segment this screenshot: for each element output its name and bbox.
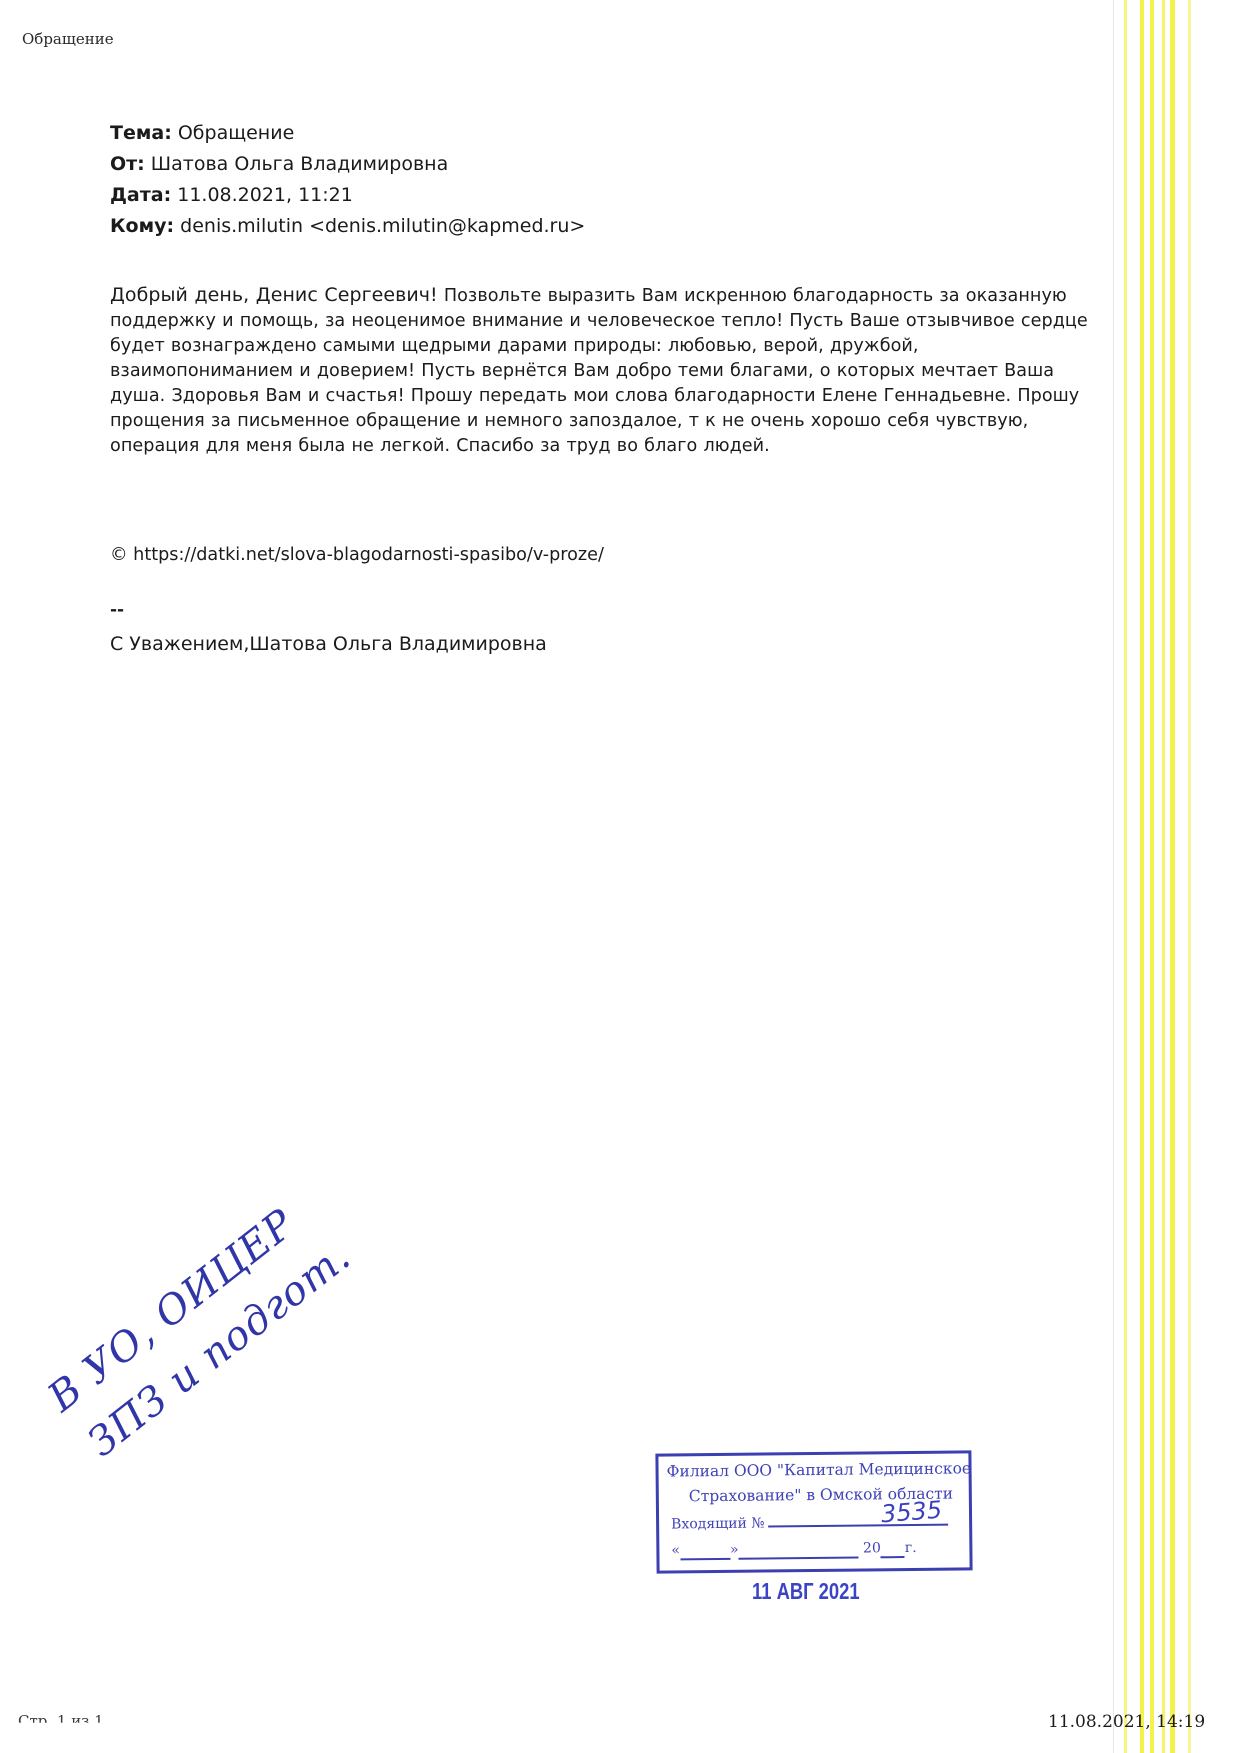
- from-value: Шатова Ольга Владимировна: [145, 153, 448, 175]
- date-label: Дата:: [110, 184, 171, 206]
- body-text: Позвольте выразить Вам искренною благода…: [110, 286, 1088, 456]
- stamp-quote-close: »: [730, 1542, 739, 1558]
- from-label: От:: [110, 153, 145, 175]
- to-row: Кому: denis.milutin <denis.milutin@kapme…: [110, 211, 585, 242]
- to-label: Кому:: [110, 215, 174, 237]
- page-counter: Стр. 1 из 1: [18, 1712, 104, 1730]
- page-header-title: Обращение: [22, 30, 114, 48]
- greeting: Добрый день, Денис Сергеевич!: [110, 284, 438, 306]
- stamp-quote-open: «: [671, 1542, 680, 1558]
- date-value: 11.08.2021, 11:21: [171, 184, 353, 206]
- stamp-date: 11 АВГ 2021: [752, 1578, 860, 1605]
- signature: С Уважением,Шатова Ольга Владимировна: [110, 633, 547, 655]
- subject-label: Тема:: [110, 122, 172, 144]
- date-row: Дата: 11.08.2021, 11:21: [110, 180, 585, 211]
- stamp-year-suffix: г.: [905, 1540, 917, 1556]
- stamp-incoming-label: Входящий №: [671, 1516, 765, 1533]
- source-link[interactable]: © https://datki.net/slova-blagodarnosti-…: [110, 545, 604, 565]
- from-row: От: Шатова Ольга Владимировна: [110, 149, 585, 180]
- signature-separator: --: [110, 600, 124, 620]
- subject-value: Обращение: [172, 122, 294, 144]
- print-timestamp: 11.08.2021, 14:19: [1048, 1712, 1205, 1732]
- handwritten-resolution: В УО, ОИЦЕР ЗПЗ и подгот.: [60, 1260, 420, 1460]
- subject-row: Тема: Обращение: [110, 118, 585, 149]
- incoming-stamp: Филиал ООО "Капитал Медицинское Страхова…: [655, 1450, 972, 1573]
- email-meta: Тема: Обращение От: Шатова Ольга Владими…: [110, 118, 585, 242]
- stamp-incoming-number: 3535: [880, 1496, 943, 1529]
- stamp-date-row: « » 20 г.: [671, 1540, 916, 1561]
- stamp-org-line-1: Филиал ООО "Капитал Медицинское: [666, 1459, 971, 1480]
- to-value: denis.milutin <denis.milutin@kapmed.ru>: [174, 215, 585, 237]
- email-body: Добрый день, Денис Сергеевич! Позвольте …: [110, 283, 1095, 459]
- stamp-year-prefix: 20: [863, 1540, 881, 1556]
- scanner-artifact-lines: [1110, 0, 1210, 1753]
